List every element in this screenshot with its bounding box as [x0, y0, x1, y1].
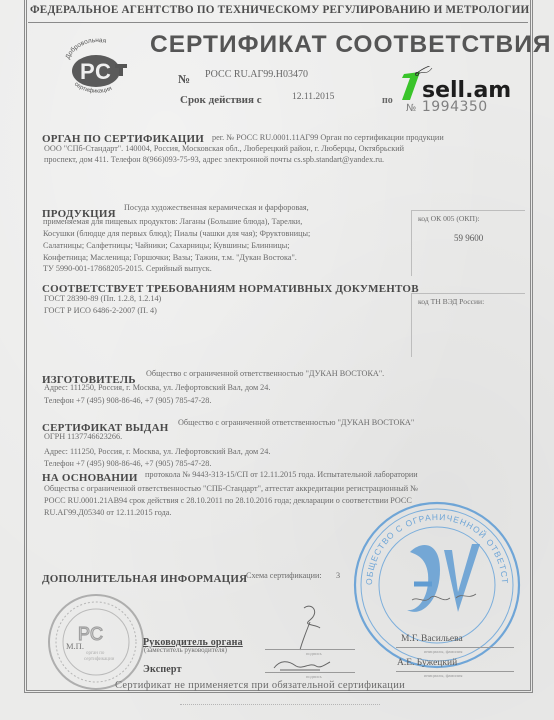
certificate-number-label: № [178, 72, 190, 87]
product-line-4: Салатницы; Салфетницы; Чайники; Сахарниц… [43, 240, 290, 251]
head-signature-line [265, 649, 355, 650]
additional-info-heading: ДОПОЛНИТЕЛЬНАЯ ИНФОРМАЦИЯ [42, 573, 247, 585]
basis-line-1: протокола № 9443-313-15/СП от 12.11.2015… [145, 470, 418, 479]
svg-text:C: C [95, 59, 111, 84]
head-name-line [396, 647, 514, 648]
issued-to-phone: Телефон +7 (495) 908-86-46, +7 (905) 785… [44, 458, 211, 469]
head-name-caption: инициалы, фамилия [424, 649, 463, 654]
certification-body-line-3: проспект, дом 411. Телефон 8(966)093-75-… [44, 154, 384, 165]
expert-signature-line [265, 672, 355, 673]
issued-to-ogrn: ОГРН 1137746623266. [44, 431, 122, 442]
valid-from-date: 12.11.2015 [292, 92, 334, 102]
head-of-body-subtitle: (заместитель руководителя) [144, 646, 227, 654]
certification-body-line-1: рег. № РОСС RU.0001.11АГ99 Орган по серт… [212, 133, 444, 142]
serial-number-value: 1994350 [422, 99, 488, 115]
issued-to-address: Адрес: 111250, Россия, г. Москва, ул. Ле… [44, 446, 270, 457]
expert-title: Эксперт [143, 664, 182, 675]
tnved-code-label: код ТН ВЭД России: [418, 297, 484, 306]
tnved-code-box: код ТН ВЭД России: [411, 293, 525, 357]
organization-seal-icon: ОБЩЕСТВО С ОГРАНИЧЕННОЙ ОТВЕТСТВЕННОСТЬЮ… [352, 500, 522, 670]
certification-scheme-label: Схема сертификации: [246, 571, 322, 580]
okp-code-box: код ОК 005 (ОКП): 59 9600 [411, 210, 525, 276]
stamp-place-label: М.П. [66, 641, 84, 651]
header-divider [28, 22, 528, 23]
agency-name: ФЕДЕРАЛЬНОЕ АГЕНТСТВО ПО ТЕХНИЧЕСКОМУ РЕ… [30, 4, 526, 16]
manufacturer-phone: Телефон +7 (495) 908-86-46, +7 (905) 785… [44, 395, 211, 406]
product-line-3: Косушки (блюдце для первых блюд); Пиалы … [43, 228, 310, 239]
product-line-5: Конфетница; Масленица; Горшочки; Вазы; Т… [43, 252, 297, 263]
serial-number-label: № [406, 103, 417, 114]
blank-serial-number: № 1994350 [406, 99, 488, 115]
certification-body-seal-icon: PC орган по сертификации [46, 592, 146, 692]
footer-note: Сертификат не применяется при обязательн… [115, 680, 405, 691]
compliance-doc-2: ГОСТ Р ИСО 6486-2-2007 (П. 4) [44, 305, 157, 316]
expert-signature-caption: подпись [306, 674, 322, 679]
okp-code-label: код ОК 005 (ОКП): [418, 214, 480, 223]
rst-logo-icon: Добровольная P C сертификация [58, 36, 136, 100]
product-line-1: Посуда художественная керамическая и фар… [124, 203, 309, 212]
okp-code-value: 59 9600 [454, 233, 483, 243]
expert-name-caption: инициалы, фамилия [424, 673, 463, 678]
svg-text:сертификации: сертификации [84, 657, 115, 662]
valid-to-label: по [382, 95, 393, 106]
certificate-page: ФЕДЕРАЛЬНОЕ АГЕНТСТВО ПО ТЕХНИЧЕСКОМУ РЕ… [0, 0, 554, 720]
svg-text:P: P [80, 59, 95, 84]
validity-label: Срок действия с [180, 94, 262, 106]
compliance-doc-1: ГОСТ 28390-89 (Пп. 1.2.8, 1.2.14) [44, 293, 161, 304]
basis-line-2: Общества с ограниченной ответственностью… [44, 483, 418, 494]
sell-am-watermark-icon: sell.am [396, 66, 526, 102]
product-line-2: применяемая для пищевых продуктов: Лаган… [43, 216, 302, 227]
product-line-6: ТУ 5990-001-17868205-2015. Серийный выпу… [43, 263, 212, 274]
head-of-body-name: М.Г. Васильева [401, 634, 463, 644]
certification-scheme-value: 3 [336, 571, 340, 580]
manufacturer-name: Общество с ограниченной ответственностью… [146, 369, 384, 378]
certificate-number: РОСС RU.АГ99.Н03470 [205, 69, 308, 80]
expert-name: А.Е. Бужецкий [397, 658, 457, 668]
certificate-title: СЕРТИФИКАТ СООТВЕТСТВИЯ [150, 31, 551, 59]
head-signature-icon [290, 602, 330, 652]
svg-text:орган по: орган по [86, 651, 105, 656]
expert-name-line [396, 671, 514, 672]
issued-to-name: Общество с ограниченной ответственностью… [178, 418, 414, 427]
print-imprint-line [180, 704, 380, 705]
certification-body-line-2: ООО "СПб-Стандарт". 140004, Россия, Моск… [44, 143, 404, 154]
basis-line-4: RU.АГ99.Д05340 от 12.11.2015 года. [44, 507, 171, 518]
manufacturer-address: Адрес: 111250, Россия, г. Москва, ул. Ле… [44, 382, 270, 393]
